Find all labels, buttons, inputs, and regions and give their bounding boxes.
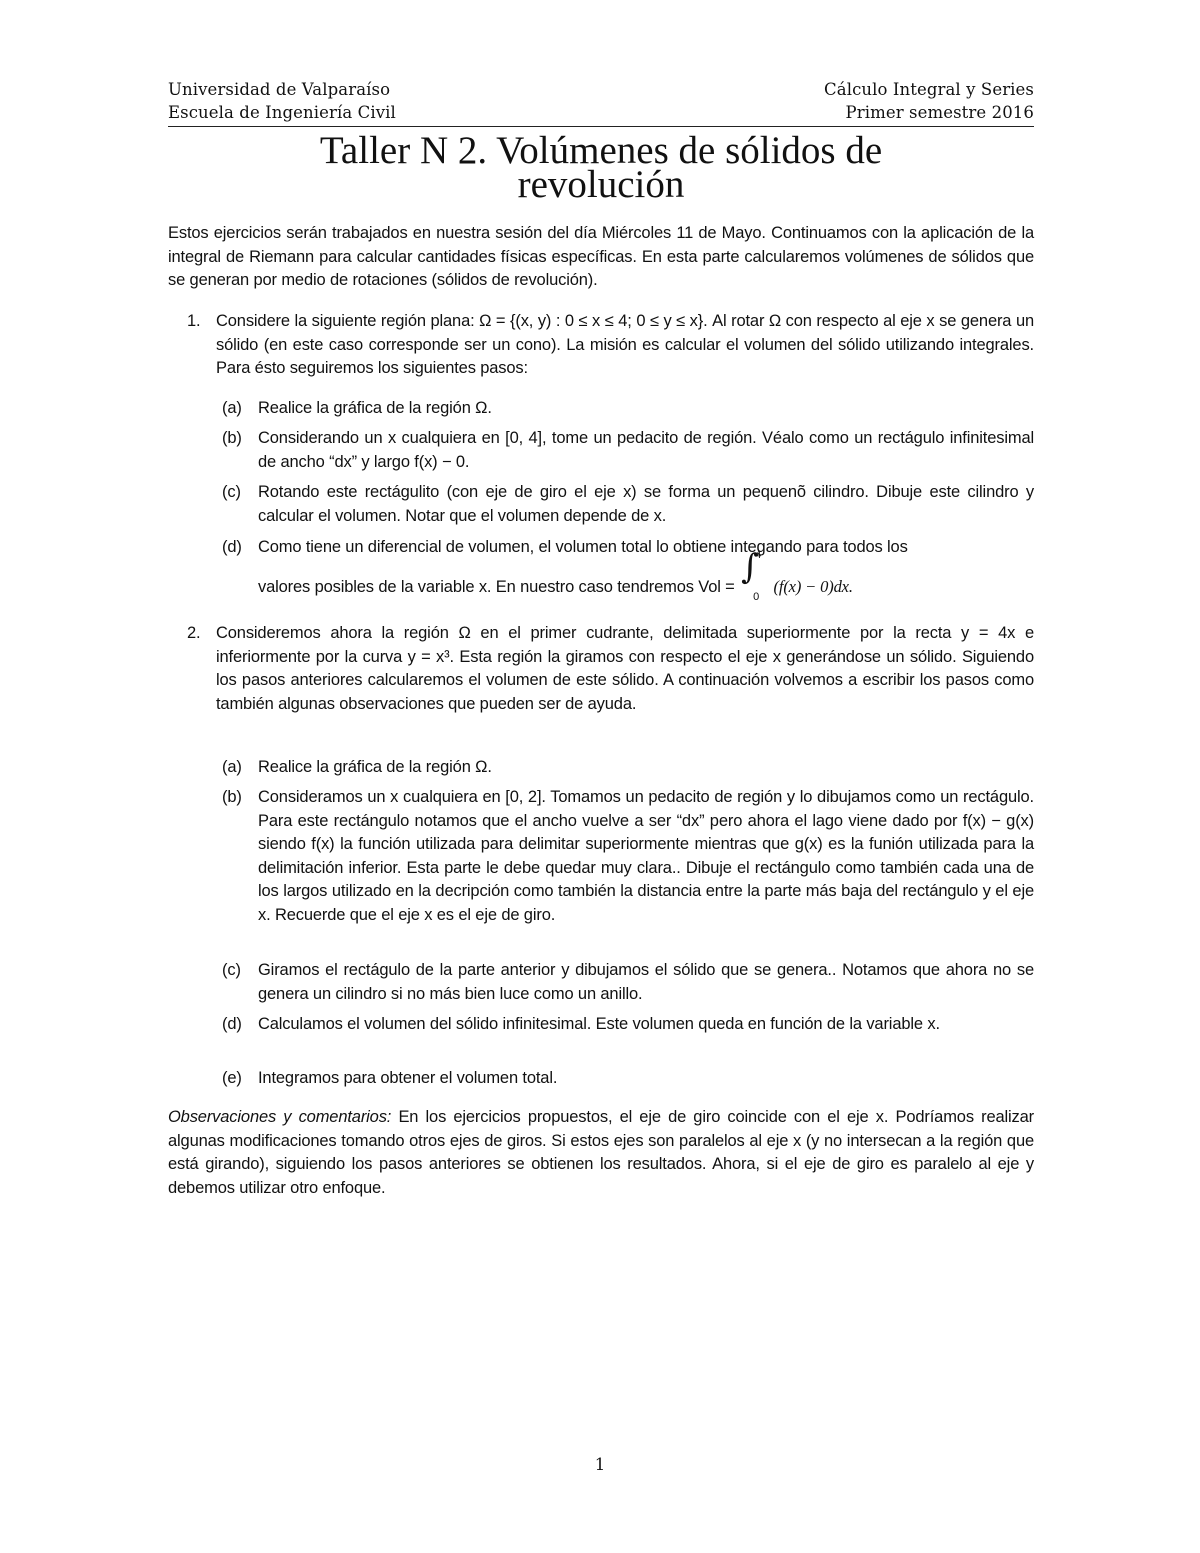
step-text-line-1: Como tiene un diferencial de volumen, el… (258, 536, 1034, 560)
step-text-line-2: valores posibles de la variable x. En nu… (258, 572, 1034, 600)
exercise-2-step-a: (a) Realice la gráfica de la región Ω. (258, 756, 1034, 780)
step-label: (e) (222, 1067, 242, 1091)
document-page: Universidad de Valparaíso Cálculo Integr… (0, 0, 1200, 1553)
integral-upper-limit: 4 (755, 544, 761, 568)
step-label: (a) (222, 397, 242, 421)
step-text: Giramos el rectágulo de la parte anterio… (258, 961, 1034, 1003)
step-label: (d) (222, 536, 242, 560)
course-name: Cálculo Integral y Series (824, 80, 1034, 99)
exercise-2-step-d: (d) Calculamos el volumen del sólido inf… (258, 1013, 1034, 1037)
exercise-1: 1. Considere la siguiente región plana: … (216, 310, 1034, 381)
step-text: Calculamos el volumen del sólido infinit… (258, 1015, 940, 1033)
exercise-2-step-c: (c) Giramos el rectágulo de la parte ant… (258, 959, 1034, 1006)
exercise-text: Considere la siguiente región plana: Ω =… (216, 312, 1034, 377)
exercise-1-step-a: (a) Realice la gráfica de la región Ω. (258, 397, 1034, 421)
exercise-2-step-e: (e) Integramos para obtener el volumen t… (258, 1067, 1034, 1091)
exercise-2: 2. Consideremos ahora la región Ω en el … (216, 622, 1034, 716)
school-name: Escuela de Ingeniería Civil (168, 103, 396, 122)
step-label: (c) (222, 481, 241, 505)
observations-label: Observaciones y comentarios: (168, 1108, 391, 1126)
step-text: Realice la gráfica de la región Ω. (258, 399, 492, 417)
step-text-lead: valores posibles de la variable x. En nu… (258, 578, 735, 596)
header-divider (168, 126, 1034, 127)
step-label: (b) (222, 786, 242, 810)
university-name: Universidad de Valparaíso (168, 80, 390, 99)
page-number: 1 (590, 1455, 610, 1474)
title-line-2: revolución (168, 168, 1034, 202)
intro-paragraph: Estos ejercicios serán trabajados en nue… (168, 222, 1034, 293)
semester: Primer semestre 2016 (846, 103, 1034, 122)
page-title: Taller N 2. Volúmenes de sólidos de revo… (168, 134, 1034, 202)
step-label: (d) (222, 1013, 242, 1037)
step-text: Integramos para obtener el volumen total… (258, 1069, 557, 1087)
step-text: Consideramos un x cualquiera en [0, 2]. … (258, 788, 1034, 924)
exercise-number: 2. (187, 622, 200, 646)
integral-lower-limit: 0 (753, 586, 759, 610)
exercise-text: Consideremos ahora la región Ω en el pri… (216, 624, 1034, 713)
integrand: (f(x) − 0)dx. (774, 577, 853, 596)
exercise-1-step-d: (d) Como tiene un diferencial de volumen… (258, 536, 1034, 599)
observations-paragraph: Observaciones y comentarios: En los ejer… (168, 1106, 1034, 1200)
exercise-2-step-b: (b) Consideramos un x cualquiera en [0, … (258, 786, 1034, 927)
step-label: (b) (222, 427, 242, 451)
step-text: Realice la gráfica de la región Ω. (258, 758, 492, 776)
integral-symbol: ∫ 4 0 (739, 572, 769, 592)
exercise-number: 1. (187, 310, 200, 334)
exercise-1-step-c: (c) Rotando este rectágulito (con eje de… (258, 481, 1034, 528)
step-text: Rotando este rectágulito (con eje de gir… (258, 483, 1034, 525)
step-label: (a) (222, 756, 242, 780)
step-label: (c) (222, 959, 241, 983)
step-text: Considerando un x cualquiera en [0, 4], … (258, 429, 1034, 471)
exercise-1-step-b: (b) Considerando un x cualquiera en [0, … (258, 427, 1034, 474)
